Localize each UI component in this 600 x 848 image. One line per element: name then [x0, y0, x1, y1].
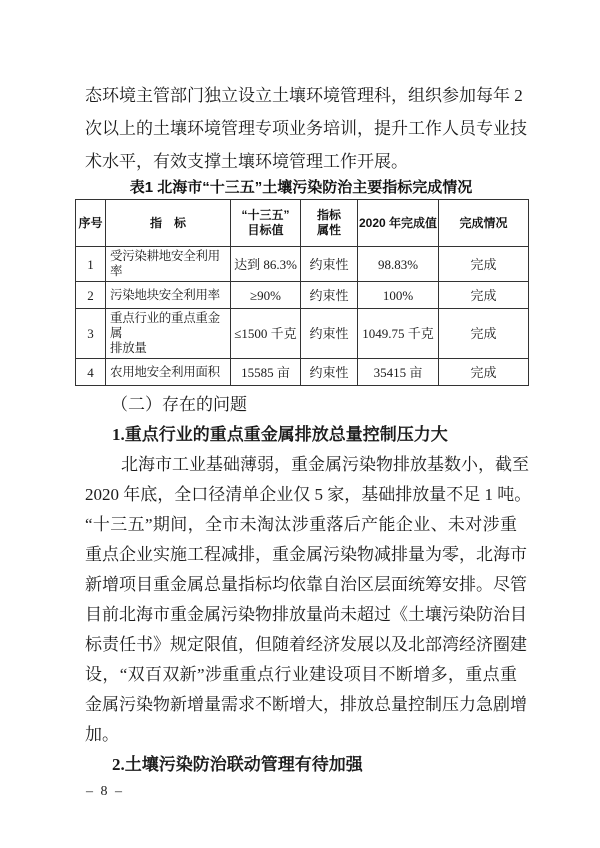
paragraph-line: 重点企业实施工程减排，重金属污染物减排量为零，北海市 — [85, 540, 517, 570]
table-header-cell: 序号 — [76, 200, 106, 247]
table-cell-indicator: 污染地块安全利用率 — [106, 282, 231, 309]
table-title: 表1 北海市“十三五”土壤污染防治主要指标完成情况 — [85, 179, 517, 197]
table-body: 1 受污染耕地安全利用率 达到 86.3% 约束性 98.83% 完成 2 污染… — [76, 247, 529, 386]
table-row: 1 受污染耕地安全利用率 达到 86.3% 约束性 98.83% 完成 — [76, 247, 529, 282]
paragraph-line: 北海市工业基础薄弱，重金属污染物排放基数小，截至 — [85, 450, 517, 480]
table-cell-indicator: 重点行业的重点重金属 排放量 — [106, 309, 231, 359]
paragraph-line: 加。 — [85, 720, 517, 750]
table-cell-2020-value: 100% — [358, 282, 439, 309]
table-row: 4 农用地安全利用面积 15585 亩 约束性 35415 亩 完成 — [76, 359, 529, 386]
table-header-cell: “十三五” 目标值 — [231, 200, 301, 247]
paragraph-line: 新增项目重金属总量指标均依靠自治区层面统筹安排。尽管 — [85, 570, 517, 600]
paragraph-line: 2020 年底，全口径清单企业仅 5 家，基础排放量不足 1 吨。 — [85, 480, 517, 510]
table-cell-attribute: 约束性 — [301, 359, 358, 386]
issue2-heading: 2.土壤污染防治联动管理有待加强 — [85, 750, 517, 780]
table-header-cell: 指标 属性 — [301, 200, 358, 247]
table-cell-status: 完成 — [439, 359, 529, 386]
table-cell-2020-value: 35415 亩 — [358, 359, 439, 386]
table-cell-attribute: 约束性 — [301, 282, 358, 309]
paragraph-line: 标责任书》规定限值，但随着经济发展以及北部湾经济圈建 — [85, 630, 517, 660]
table-row: 3 重点行业的重点重金属 排放量 ≤1500 千克 约束性 1049.75 千克… — [76, 309, 529, 359]
table-cell-2020-value: 98.83% — [358, 247, 439, 282]
table-cell-attribute: 约束性 — [301, 309, 358, 359]
table-cell-seq: 4 — [76, 359, 106, 386]
paragraph-line: 金属污染物新增量需求不断增大，排放总量控制压力急剧增 — [85, 690, 517, 720]
table-cell-2020-value: 1049.75 千克 — [358, 309, 439, 359]
table-row: 2 污染地块安全利用率 ≥90% 约束性 100% 完成 — [76, 282, 529, 309]
table-cell-target: ≤1500 千克 — [231, 309, 301, 359]
table-cell-attribute: 约束性 — [301, 247, 358, 282]
document-page: 态环境主管部门独立设立土壤环境管理科，组织参加每年 2 次以上的土壤环境管理专项… — [0, 0, 600, 848]
paragraph-line: 设，“双百双新”涉重重点行业建设项目不断增多，重点重 — [85, 660, 517, 690]
paragraph-line: 态环境主管部门独立设立土壤环境管理科，组织参加每年 2 — [85, 79, 517, 112]
table-cell-status: 完成 — [439, 247, 529, 282]
table-cell-seq: 3 — [76, 309, 106, 359]
table-header-cell: 2020 年完成值 — [358, 200, 439, 247]
paragraph-line: 次以上的土壤环境管理专项业务培训，提升工作人员专业技 — [85, 112, 517, 145]
intro-paragraph: 态环境主管部门独立设立土壤环境管理科，组织参加每年 2 次以上的土壤环境管理专项… — [85, 79, 517, 178]
paragraph-line: “十三五”期间，全市未淘汰涉重落后产能企业、未对涉重 — [85, 510, 517, 540]
table-cell-indicator: 受污染耕地安全利用率 — [106, 247, 231, 282]
table-cell-status: 完成 — [439, 309, 529, 359]
page-number: – 8 – — [86, 784, 124, 800]
page-content: 态环境主管部门独立设立土壤环境管理科，组织参加每年 2 次以上的土壤环境管理专项… — [85, 79, 517, 780]
table-header-cell: 指 标 — [106, 200, 231, 247]
table-cell-indicator: 农用地安全利用面积 — [106, 359, 231, 386]
table-header-row: 序号 指 标 “十三五” 目标值 指标 属性 2020 年完成值 完成情况 — [76, 200, 529, 247]
issue1-heading: 1.重点行业的重点重金属排放总量控制压力大 — [85, 420, 517, 450]
table-cell-seq: 2 — [76, 282, 106, 309]
table-cell-seq: 1 — [76, 247, 106, 282]
paragraph-line: 目前北海市重金属污染物排放量尚未超过《土壤污染防治目 — [85, 600, 517, 630]
indicators-table: 序号 指 标 “十三五” 目标值 指标 属性 2020 年完成值 完成情况 — [75, 199, 529, 386]
table-cell-target: 15585 亩 — [231, 359, 301, 386]
paragraph-line: 术水平，有效支撑土壤环境管理工作开展。 — [85, 145, 517, 178]
table-cell-target: ≥90% — [231, 282, 301, 309]
table-cell-target: 达到 86.3% — [231, 247, 301, 282]
table-header-cell: 完成情况 — [439, 200, 529, 247]
section-heading: （二）存在的问题 — [85, 390, 517, 420]
issue1-paragraph: 北海市工业基础薄弱，重金属污染物排放基数小，截至 2020 年底，全口径清单企业… — [85, 450, 517, 750]
table-cell-status: 完成 — [439, 282, 529, 309]
